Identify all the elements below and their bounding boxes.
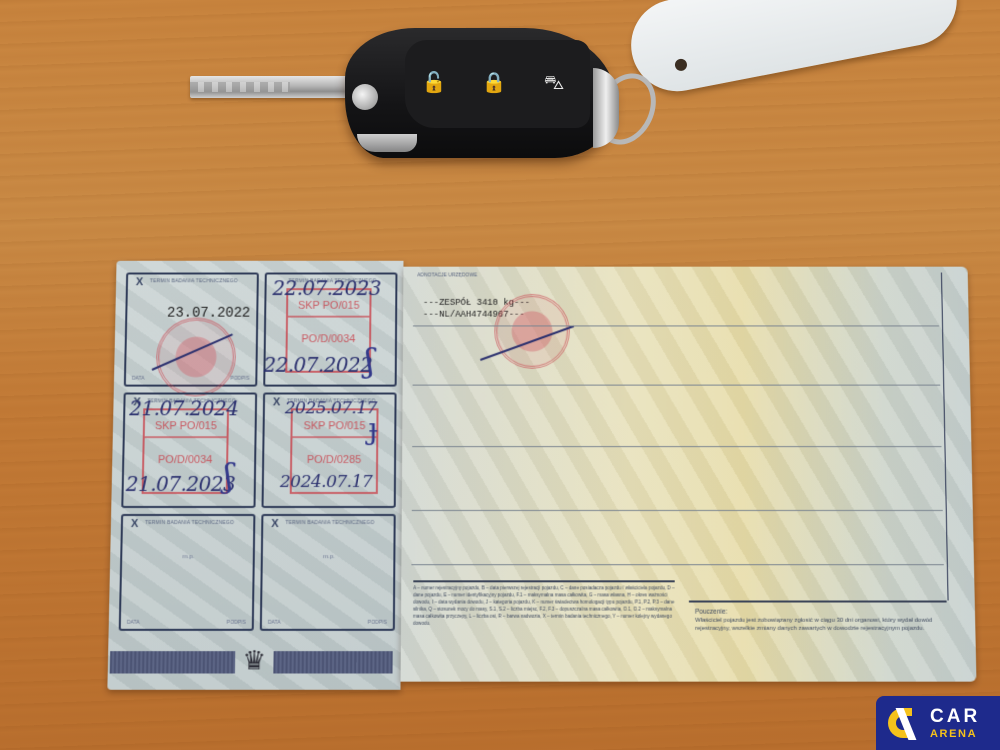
car-arena-watermark: CAR ARENA [876,696,1000,750]
office-round-stamp [155,318,236,397]
inspection-page: X TERMIN BADANIA TECHNICZNEGO 23.07.2022… [107,261,403,690]
handwritten-next-date: 22.07.2023 [272,276,381,300]
cell-footer-date: DATA [127,620,140,626]
tag-hole-ring [674,58,688,72]
notes-header: ADNOTACJE URZĘDOWE [417,273,477,279]
inspection-cell-1: X TERMIN BADANIA TECHNICZNEGO 23.07.2022… [124,273,259,387]
cell-footer-signature: PODPIS [231,376,250,382]
key-fob: 🔓 🔒 ⛍ [345,28,615,158]
cell-header: TERMIN BADANIA TECHNICZNEGO [145,520,249,526]
brand-line-2: ARENA [930,729,980,740]
fob-chrome-trim [357,134,417,152]
inspector-id: PO/D/0034 [288,333,370,345]
cell-mark: X [273,396,280,408]
fob-button-pad: 🔓 🔒 ⛍ [405,40,590,128]
car-arena-logo-icon [888,706,922,740]
inspection-cell-6: X TERMIN BADANIA TECHNICZNEGO m.p. DATA … [260,514,396,631]
unlock-icon: 🔓 [419,68,449,98]
inspection-cell-2: TERMIN BADANIA TECHNICZNEGO SKP PO/015 P… [263,273,397,387]
registration-certificate: X TERMIN BADANIA TECHNICZNEGO 23.07.2022… [107,261,976,690]
security-band-right [273,651,392,673]
notice-divider [689,600,947,602]
brand-line-1: CAR [930,707,980,726]
seal-place-label: m.p. [323,554,335,560]
trunk-icon: ⛍ [539,68,569,98]
cell-footer-date: DATA [132,376,145,382]
inspection-cell-5: X TERMIN BADANIA TECHNICZNEGO m.p. DATA … [119,514,256,631]
lock-icon: 🔒 [479,68,509,98]
rule-line [411,564,943,565]
cell-mark: X [131,518,139,530]
cell-header: TERMIN BADANIA TECHNICZNEGO [285,520,389,526]
handwritten-inspection-date: 2024.07.17 [280,472,373,492]
page-border [941,273,949,601]
cell-mark: X [271,518,279,530]
handwritten-inspection-date: 22.07.2022 [263,353,372,377]
national-emblem-icon: ♛ [239,643,270,678]
station-id: SKP PO/015 [288,300,369,312]
cell-footer-date: DATA [268,620,281,626]
field-code-legend: A – numer rejestracyjny pojazdu, B – dat… [413,580,675,659]
blade-release-button [352,84,378,110]
seal-place-label: m.p. [182,554,194,560]
rule-line [412,510,943,511]
inspector-id: PO/D/0034 [144,454,226,466]
inspector-signature: ʃ [224,456,234,496]
key-blade [190,76,350,98]
cell-footer-signature: PODPIS [227,620,246,626]
inspection-cell-4: X TERMIN BADANIA TECHNICZNEGO SKP PO/015… [262,393,397,508]
security-band-left [110,651,236,673]
handwritten-inspection-date: 21.07.2023 [126,472,236,496]
inspector-signature: ɟ [368,412,378,447]
notice-title: Pouczenie: [695,609,947,617]
cell-footer-signature: PODPIS [368,620,387,626]
key-tag [623,0,964,99]
cell-header: TERMIN BADANIA TECHNICZNEGO [150,278,253,284]
notice: Pouczenie: Właściciel pojazdu jest zobow… [695,609,947,633]
rule-line [412,446,941,447]
handwritten-next-date: 21.07.2024 [129,396,239,420]
inspector-id: PO/D/0285 [292,454,376,466]
notice-text: Właściciel pojazdu jest zobowiązany zgło… [695,618,932,632]
handwritten-next-date: 2025.07.17 [285,398,377,418]
rule-line [413,385,941,386]
station-id: SKP PO/015 [293,420,377,432]
inspection-cell-3: X TERMIN BADANIA TECHNICZNEGO SKP PO/015… [121,393,257,508]
rule-line [413,325,939,326]
official-notes-page: ADNOTACJE URZĘDOWE ---ZESPÓŁ 3410 kg--- … [401,267,977,682]
station-id: SKP PO/015 [145,420,227,432]
inspector-signature: ʃ [365,341,375,380]
cell-mark: X [136,276,144,288]
